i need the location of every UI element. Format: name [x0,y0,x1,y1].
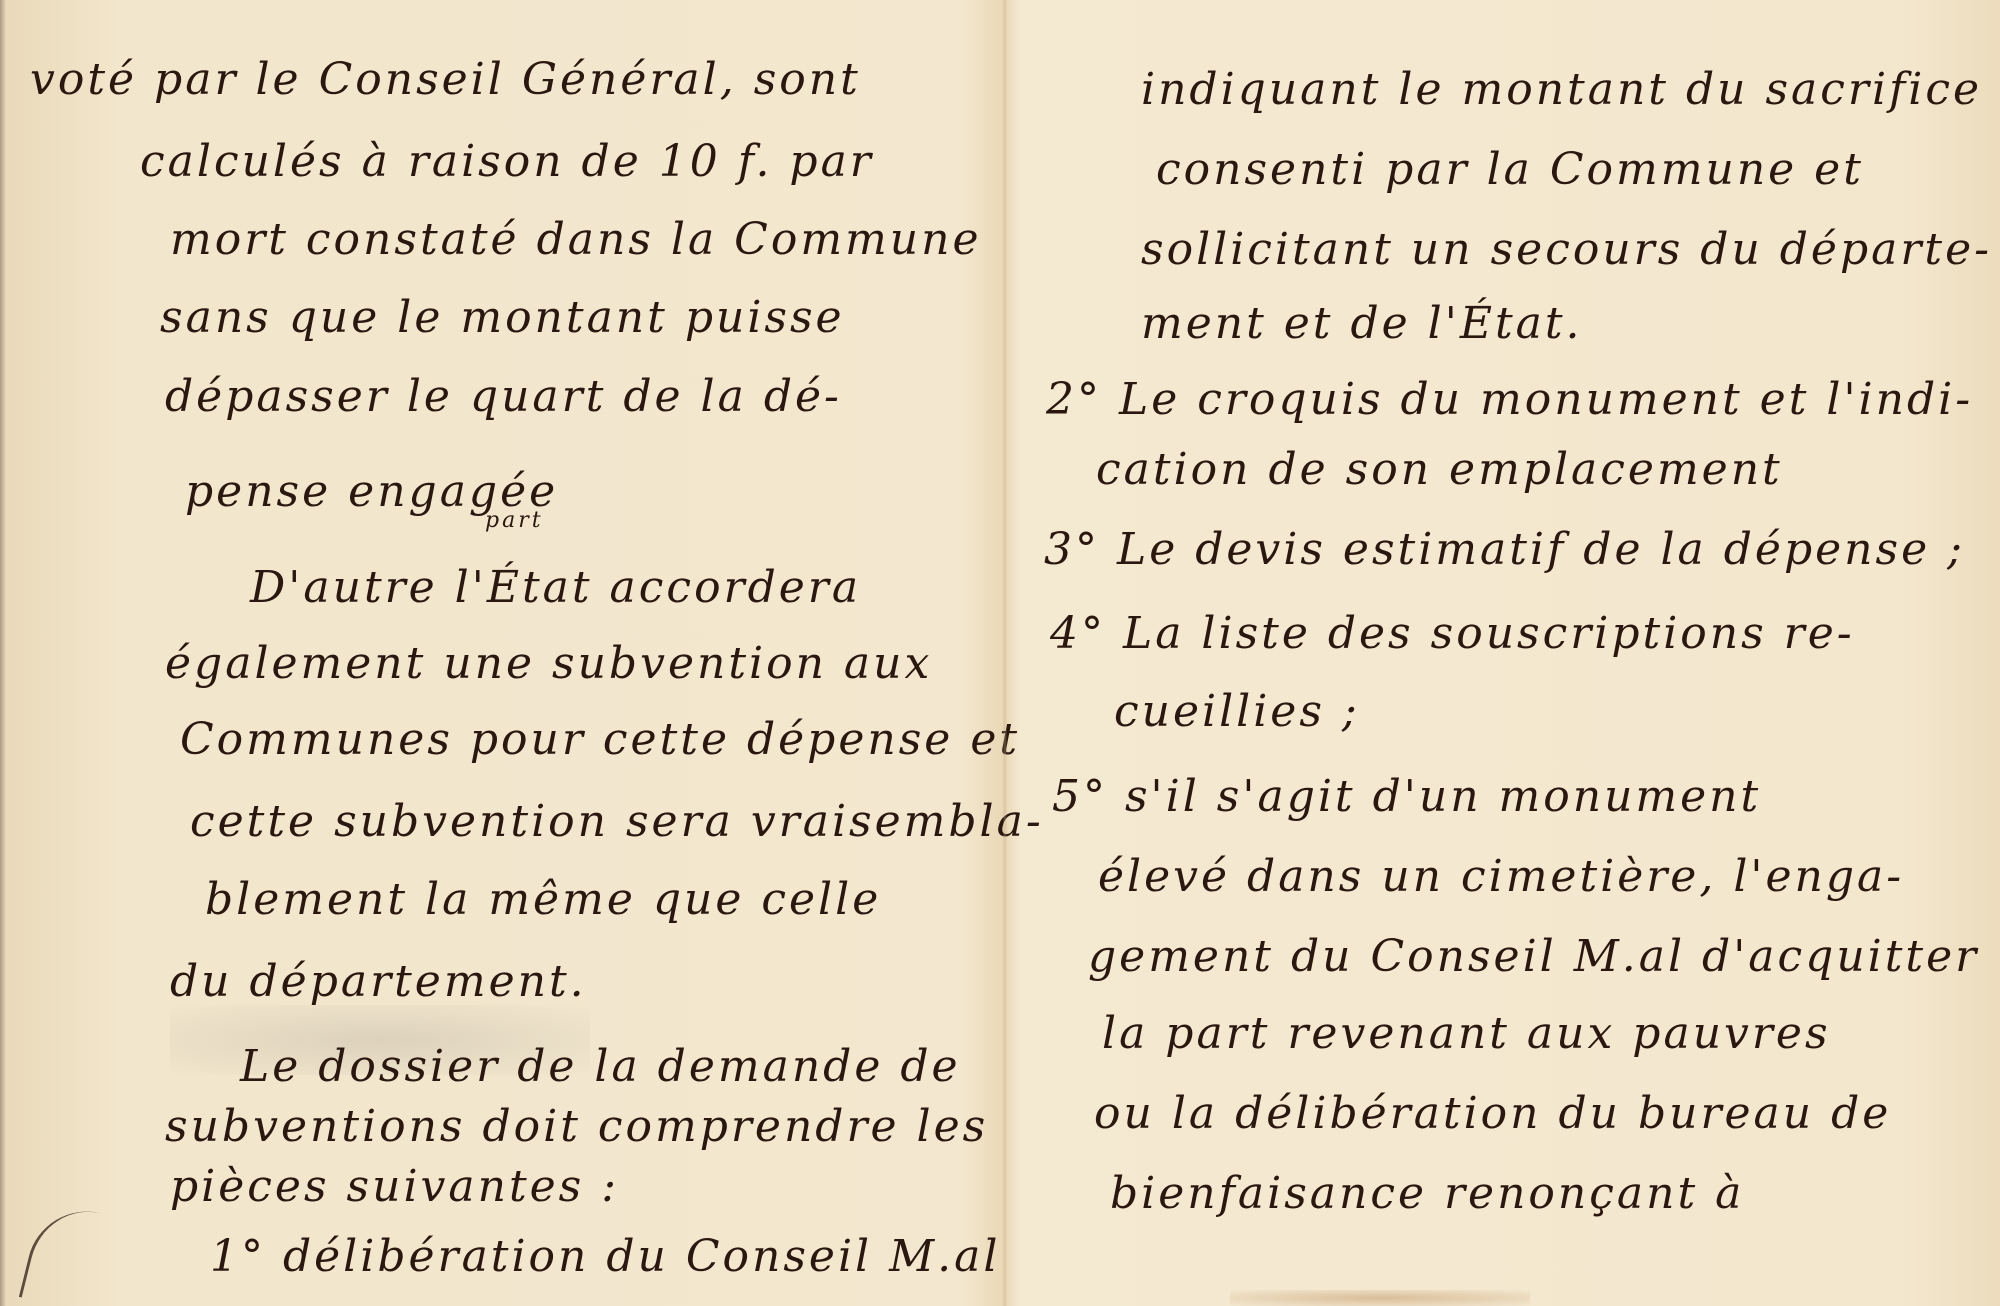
list-item: 4° La liste des souscriptions re- [1050,612,1855,656]
handwritten-line: calculés à raison de 10 f. par [140,140,874,184]
handwritten-line: la part revenant aux pauvres [1102,1012,1831,1056]
handwritten-line: 1° délibération du Conseil M.al [210,1235,1000,1279]
margin-pen-stroke [19,1199,105,1306]
handwritten-line: ou la délibération du bureau de [1094,1092,1891,1136]
letter-spread: voté par le Conseil Général, sont calcul… [0,0,2000,1306]
interlinear-insertion: part [485,510,544,532]
right-page: indiquant le montant du sacrifice consen… [1006,0,2000,1306]
handwritten-line: du département. [170,960,587,1004]
handwritten-line: élevé dans un cimetière, l'enga- [1098,855,1904,899]
list-item: 5° s'il s'agit d'un monument [1052,775,1761,819]
handwritten-line: Le dossier de la demande de [240,1045,961,1089]
handwritten-line: indiquant le montant du sacrifice [1141,68,1982,112]
handwritten-line: Communes pour cette dépense et [180,718,1020,762]
handwritten-line: dépasser le quart de la dé- [165,375,842,419]
handwritten-line: sollicitant un secours du départe- [1141,228,1992,272]
handwritten-line: également une subvention aux [165,642,932,686]
handwritten-line: gement du Conseil M.al d'acquitter [1088,935,1979,979]
handwritten-line: cueillies ; [1114,690,1360,734]
list-item: 3° Le devis estimatif de la dépense ; [1044,528,1965,572]
paper-stain [1230,1290,1530,1306]
left-page: voté par le Conseil Général, sont calcul… [0,0,1004,1306]
handwritten-line: subventions doit comprendre les [165,1105,988,1149]
handwritten-line: mort constaté dans la Commune [170,218,982,262]
list-item: 2° Le croquis du monument et l'indi- [1046,378,1973,422]
handwritten-line: cette subvention sera vraisembla- [190,800,1044,844]
handwritten-line: sans que le montant puisse [160,296,845,340]
handwritten-line: voté par le Conseil Général, sont [30,58,861,102]
handwritten-line: consenti par la Commune et [1156,148,1864,192]
handwritten-line: cation de son emplacement [1096,448,1783,492]
handwritten-line: D'autre l'État accordera [250,566,861,610]
handwritten-line: ment et de l'État. [1141,302,1583,346]
handwritten-line: bienfaisance renonçant à [1110,1172,1744,1216]
handwritten-line: blement la même que celle [205,878,881,922]
handwritten-line: pièces suivantes : [170,1165,619,1209]
